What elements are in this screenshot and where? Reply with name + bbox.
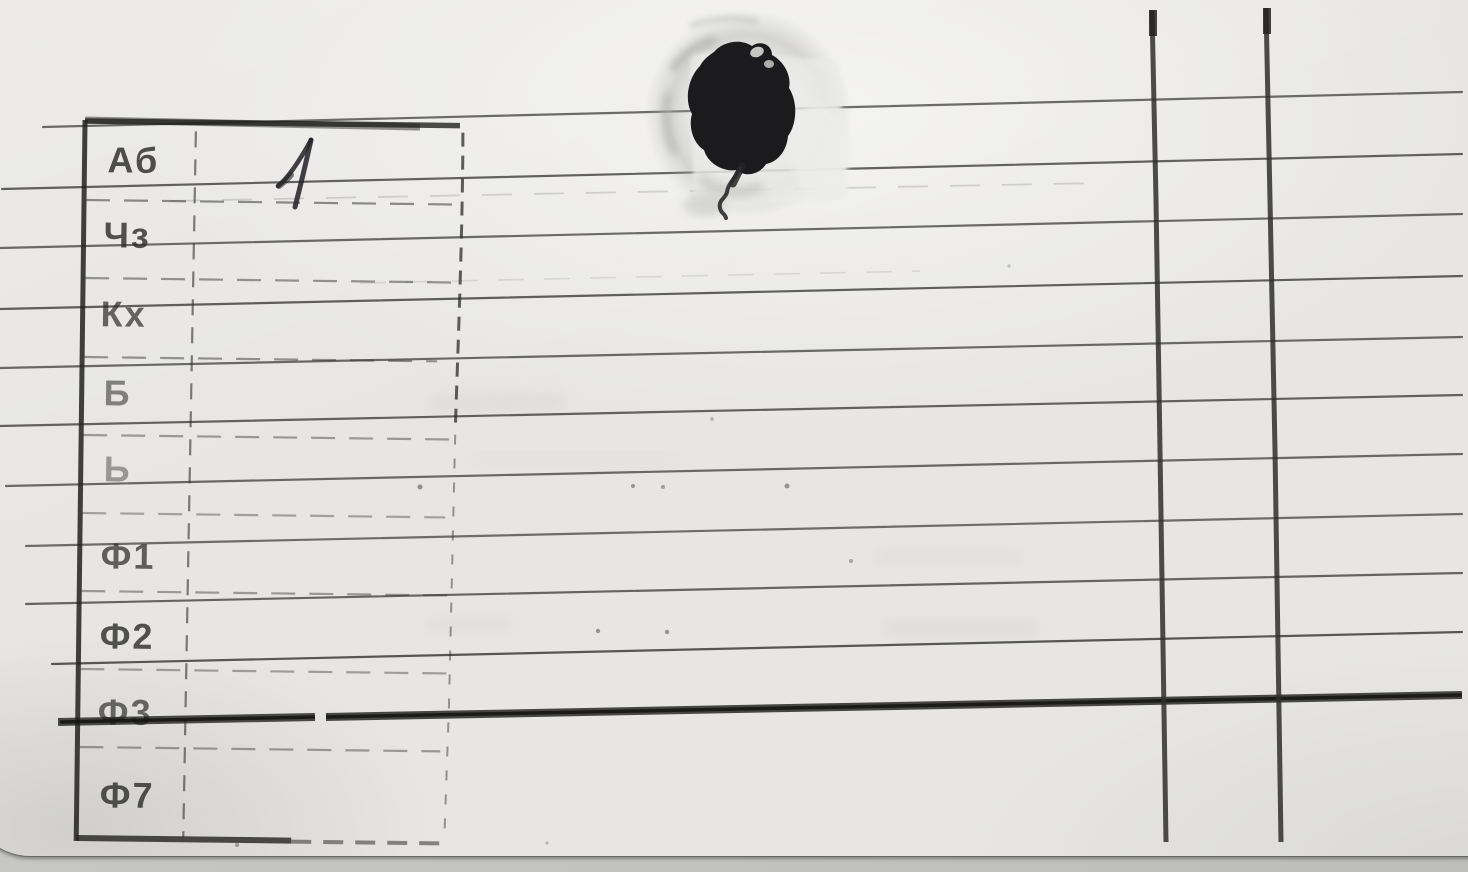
- handwritten-1: [278, 140, 311, 207]
- stamp-row-label-f7: Ф7: [100, 774, 155, 816]
- heavy-strike-line: [58, 695, 1462, 722]
- vertical-divider-2: [1266, 8, 1281, 842]
- stamp-row-label-ab: Аб: [107, 139, 159, 181]
- stamp-row-label-f1: Ф1: [100, 535, 155, 577]
- stamp-column-divider: [183, 131, 196, 837]
- stamp-row-label-b: Б: [103, 372, 131, 413]
- stamp-row-label-f3: Ф3: [98, 691, 153, 733]
- paper-smudges: [428, 393, 1039, 636]
- stamp-row-label-chz: Чз: [103, 214, 151, 256]
- vertical-dividers: [1149, 8, 1281, 842]
- stamp-left-border: [76, 120, 85, 841]
- stamp-row-separators: [79, 200, 455, 751]
- stamp-bottom-border: [76, 838, 291, 841]
- card-markings: Аб Чз Кх Б Ь Ф1 Ф2 Ф3 Ф7: [0, 0, 1468, 872]
- scan-background: Аб Чз Кх Б Ь Ф1 Ф2 Ф3 Ф7: [0, 0, 1468, 872]
- punch-hole: [644, 10, 852, 218]
- stamp-row-label-f2: Ф2: [99, 615, 154, 657]
- vertical-divider-1: [1152, 10, 1166, 842]
- stamp-row-label-faint: Ь: [104, 448, 132, 489]
- stamp-row-label-kh: Кх: [100, 293, 146, 335]
